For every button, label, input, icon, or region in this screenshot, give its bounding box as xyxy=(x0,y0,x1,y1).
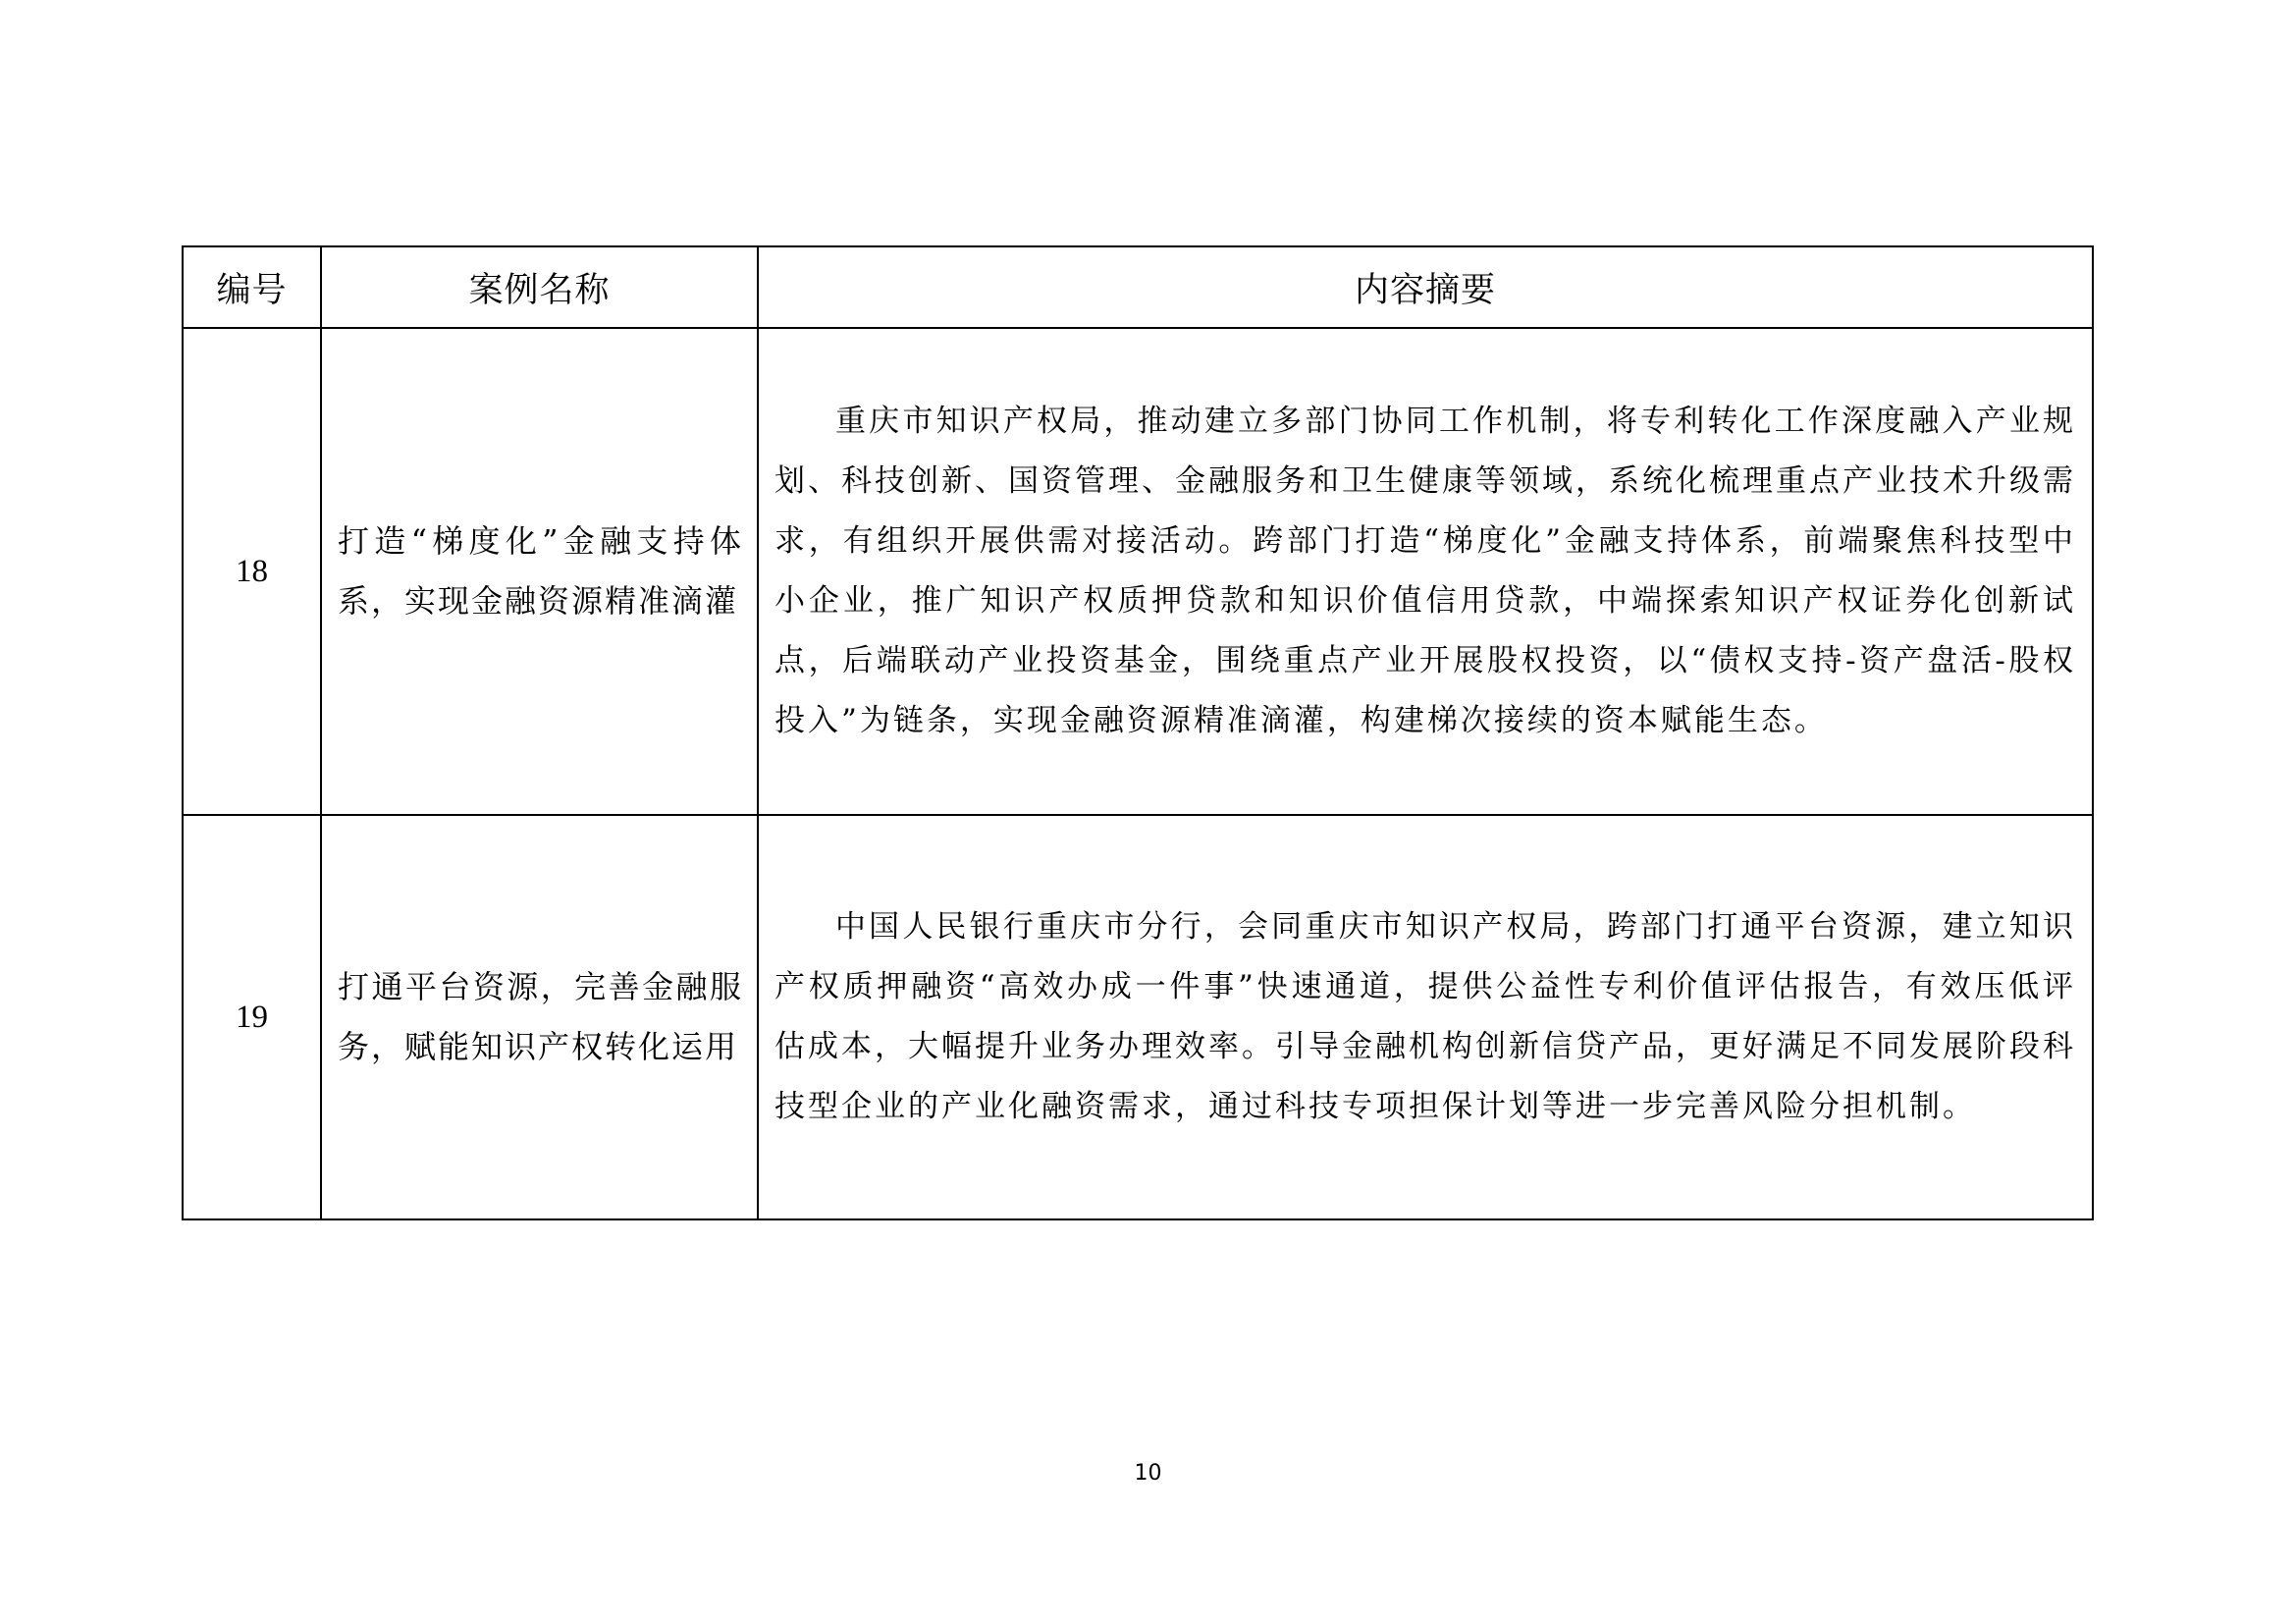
header-number: 编号 xyxy=(183,246,321,328)
document-page: 编号 案例名称 内容摘要 18 打造“梯度化”金融支持体系，实现金融资源精准滴灌… xyxy=(0,0,2296,1624)
header-summary: 内容摘要 xyxy=(758,246,2093,328)
case-table: 编号 案例名称 内容摘要 18 打造“梯度化”金融支持体系，实现金融资源精准滴灌… xyxy=(182,245,2094,1220)
case-summary: 重庆市知识产权局，推动建立多部门协同工作机制，将专利转化工作深度融入产业规划、科… xyxy=(758,328,2093,815)
table-row: 19 打通平台资源，完善金融服务，赋能知识产权转化运用 中国人民银行重庆市分行，… xyxy=(183,815,2093,1219)
case-summary-text: 重庆市知识产权局，推动建立多部门协同工作机制，将专利转化工作深度融入产业规划、科… xyxy=(774,392,2076,751)
header-case-name: 案例名称 xyxy=(321,246,758,328)
table-row: 18 打造“梯度化”金融支持体系，实现金融资源精准滴灌 重庆市知识产权局，推动建… xyxy=(183,328,2093,815)
case-number: 19 xyxy=(183,815,321,1219)
table-header-row: 编号 案例名称 内容摘要 xyxy=(183,246,2093,328)
case-number: 18 xyxy=(183,328,321,815)
case-name: 打通平台资源，完善金融服务，赋能知识产权转化运用 xyxy=(321,815,758,1219)
case-summary: 中国人民银行重庆市分行，会同重庆市知识产权局，跨部门打通平台资源，建立知识产权质… xyxy=(758,815,2093,1219)
page-number: 10 xyxy=(0,1461,2296,1486)
case-summary-text: 中国人民银行重庆市分行，会同重庆市知识产权局，跨部门打通平台资源，建立知识产权质… xyxy=(774,897,2076,1137)
case-name: 打造“梯度化”金融支持体系，实现金融资源精准滴灌 xyxy=(321,328,758,815)
